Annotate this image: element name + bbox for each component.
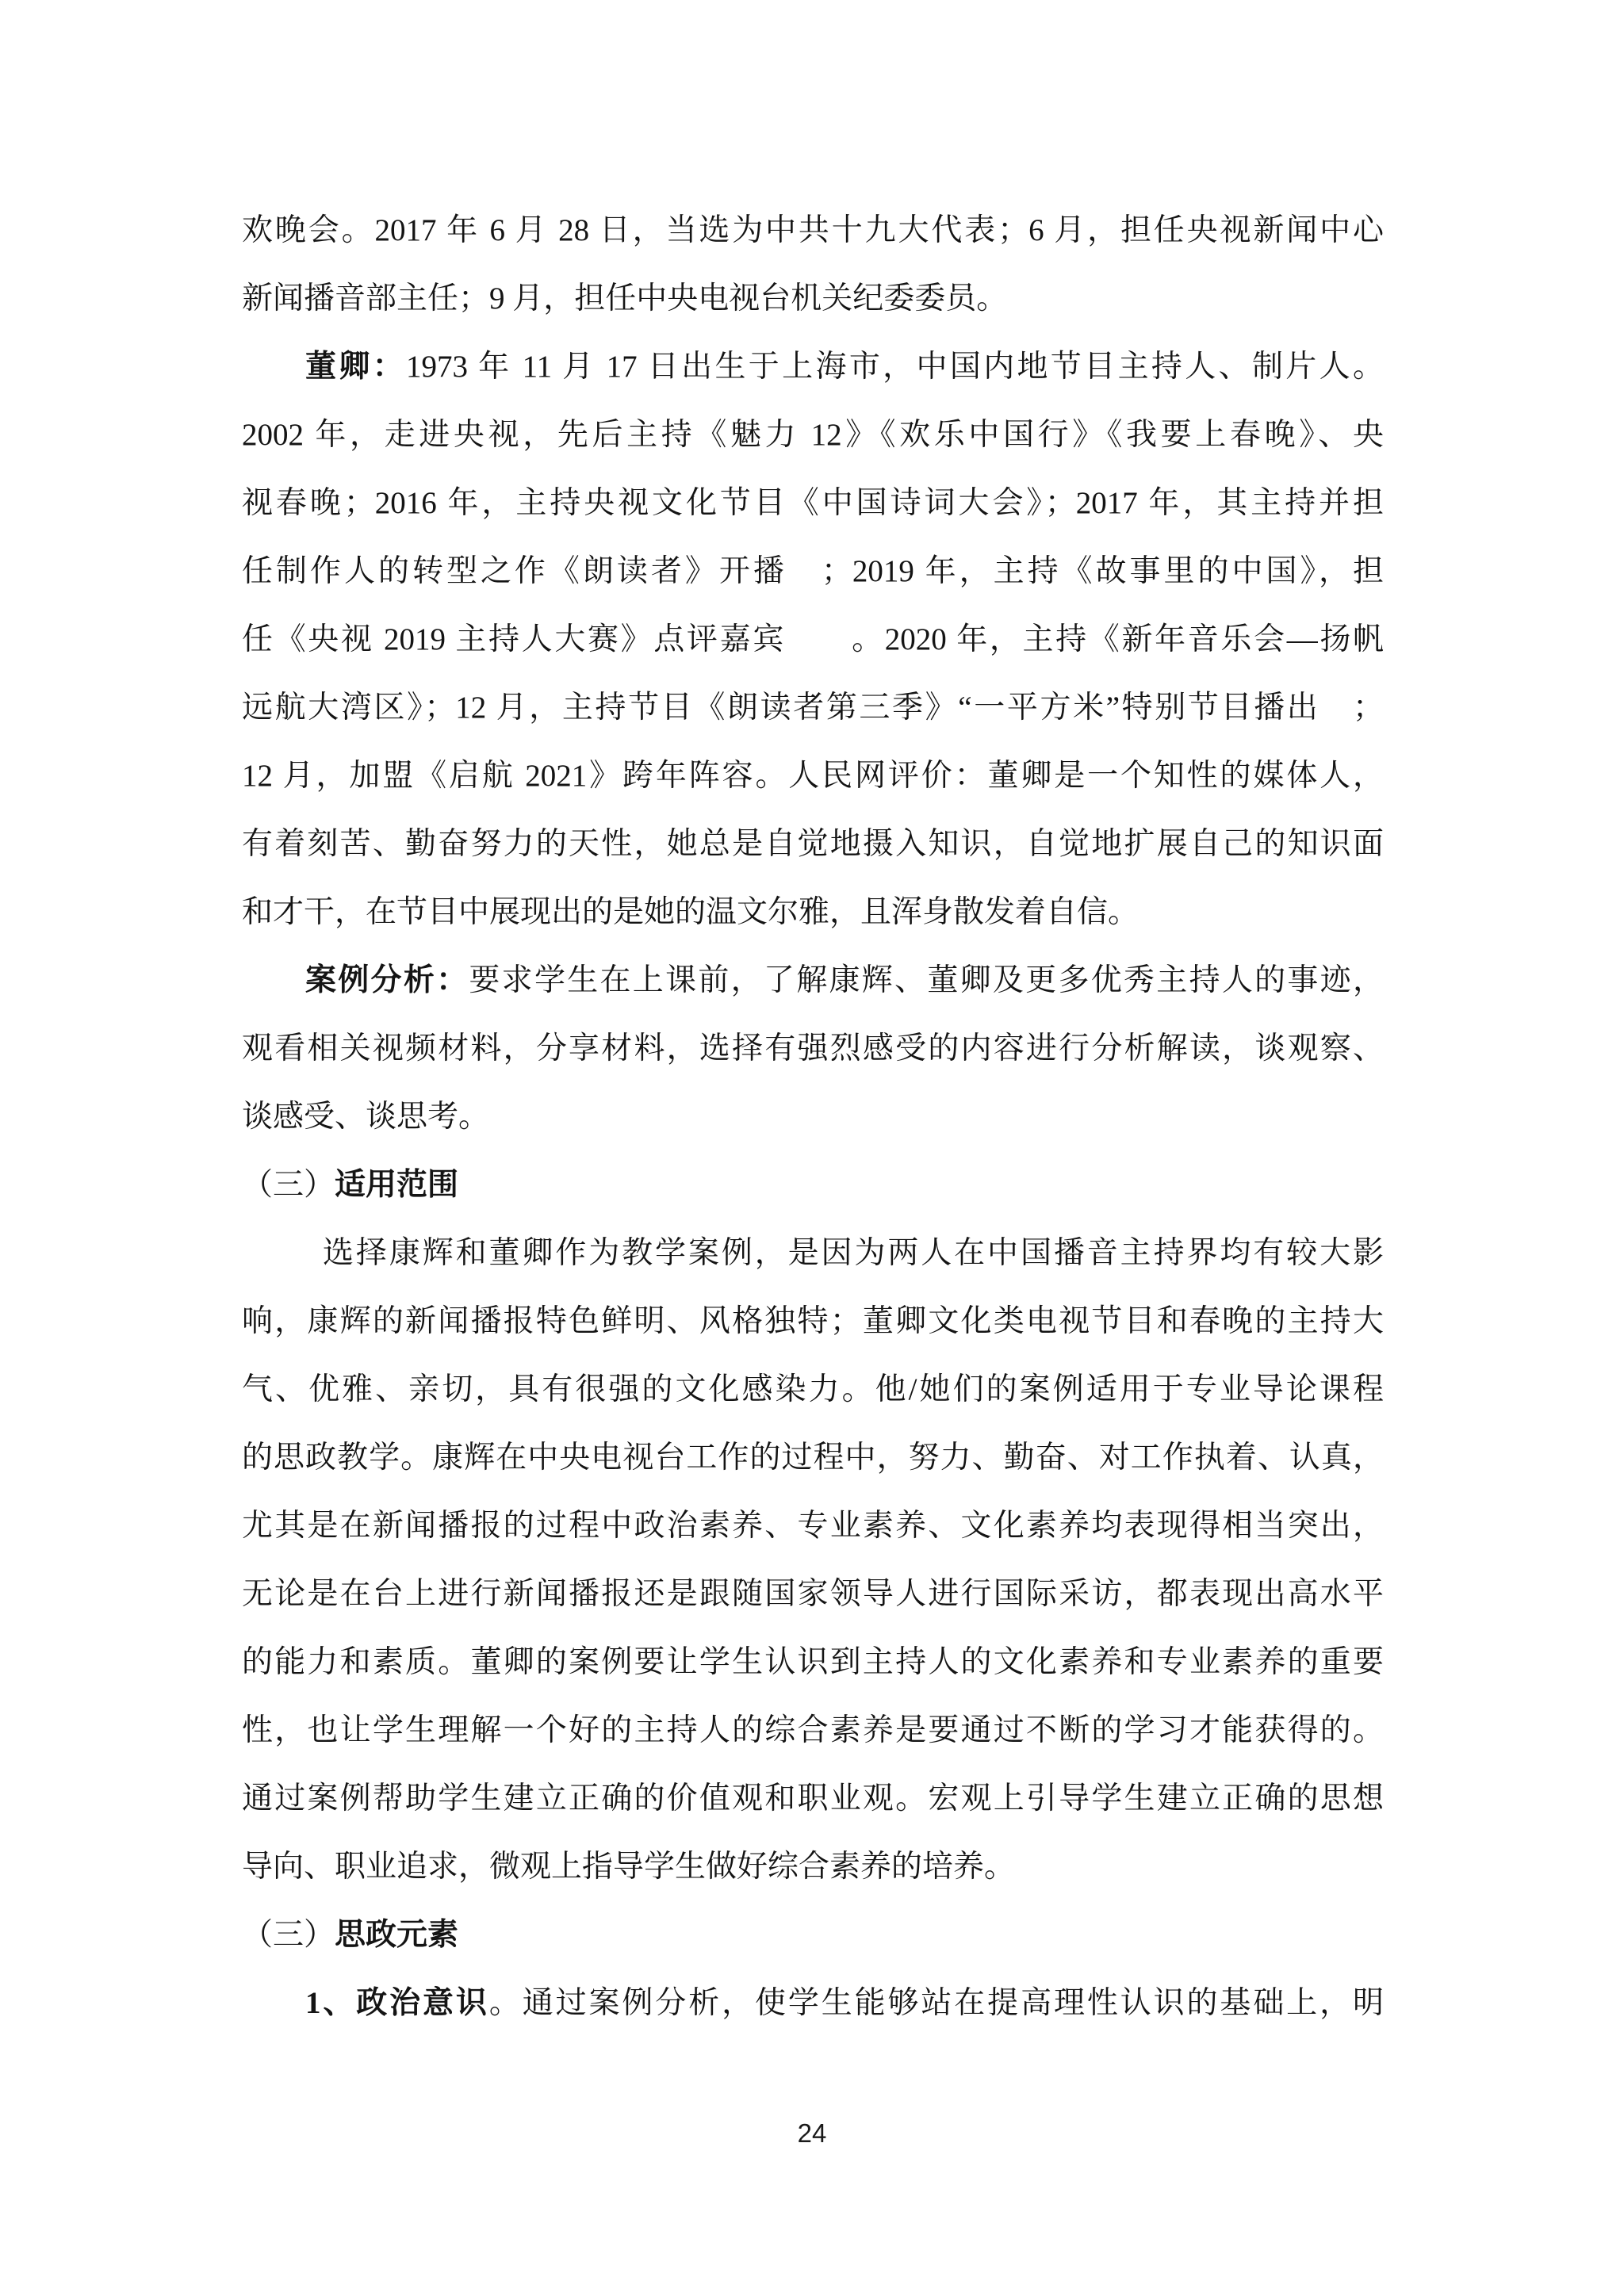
paragraph-dongqing-bio: 董卿：1973 年 11 月 17 日出生于上海市，中国内地节目主持人、制片人。…	[242, 333, 1384, 947]
text-line: 无论是在台上进行新闻播报还是跟随国家领导人进行国际采访，都表现出高水平	[242, 1560, 1384, 1628]
text-line: 气、优雅、亲切，具有很强的文化感染力。他/她们的案例适用于专业导论课程	[242, 1356, 1384, 1424]
text-line: 新闻播音部主任；9 月，担任中央电视台机关纪委委员。	[242, 265, 1384, 333]
text-line: 任《央视 2019 主持人大赛》点评嘉宾 。2020 年，主持《新年音乐会—扬帆	[242, 606, 1384, 674]
text-line: 性，也让学生理解一个好的主持人的综合素养是要通过不断的学习才能获得的。	[242, 1697, 1384, 1765]
political-awareness-label: 政治意识	[356, 1986, 489, 2020]
text-line: 通过案例帮助学生建立正确的价值观和职业观。宏观上引导学生建立正确的思想	[242, 1765, 1384, 1833]
document-body: 欢晚会。2017 年 6 月 28 日，当选为中共十九大代表；6 月，担任央视新…	[242, 197, 1384, 2038]
text-line: 案例分析：要求学生在上课前，了解康辉、董卿及更多优秀主持人的事迹，	[242, 947, 1384, 1015]
text-line: 选择康辉和董卿作为教学案例，是因为两人在中国播音主持界均有较大影	[242, 1219, 1384, 1288]
text-line: 响，康辉的新闻播报特色鲜明、风格独特；董卿文化类电视节目和春晚的主持大	[242, 1288, 1384, 1356]
paragraph-kanghui-continued: 欢晚会。2017 年 6 月 28 日，当选为中共十九大代表；6 月，担任央视新…	[242, 197, 1384, 333]
text-line: 的能力和素质。董卿的案例要让学生认识到主持人的文化素养和专业素养的重要	[242, 1628, 1384, 1697]
heading-ideological-elements: （三）思政元素	[242, 1901, 1384, 1969]
text-line: 尤其是在新闻播报的过程中政治素养、专业素养、文化素养均表现得相当突出，	[242, 1492, 1384, 1560]
paragraph-political-awareness: 1、政治意识。通过案例分析，使学生能够站在提高理性认识的基础上，明	[242, 1969, 1384, 2038]
page-number: 24	[0, 2118, 1624, 2149]
dongqing-label: 董卿：	[305, 350, 406, 384]
text-line: 有着刻苦、勤奋努力的天性，她总是自觉地摄入知识，自觉地扩展自己的知识面	[242, 810, 1384, 878]
heading-scope-prefix: （三）	[242, 1168, 335, 1202]
paragraph-case-analysis: 案例分析：要求学生在上课前，了解康辉、董卿及更多优秀主持人的事迹， 观看相关视频…	[242, 947, 1384, 1151]
heading-ideology-title: 思政元素	[335, 1918, 458, 1952]
text-line: 谈感受、谈思考。	[242, 1083, 1384, 1151]
text-line: 12 月，加盟《启航 2021》跨年阵容。人民网评价：董卿是一个知性的媒体人，	[242, 742, 1384, 810]
text-line: 导向、职业追求，微观上指导学生做好综合素养的培养。	[242, 1833, 1384, 1901]
heading-scope-title: 适用范围	[335, 1168, 458, 1202]
text-line: 和才干，在节目中展现出的是她的温文尔雅，且浑身散发着自信。	[242, 878, 1384, 947]
text-line: 2002 年，走进央视，先后主持《魅力 12》《欢乐中国行》《我要上春晚》、央	[242, 401, 1384, 469]
text-line: 远航大湾区》；12 月，主持节目《朗读者第三季》“一平方米”特别节目播出 ；	[242, 674, 1384, 742]
case-analysis-label: 案例分析：	[305, 963, 469, 997]
text-line: 董卿：1973 年 11 月 17 日出生于上海市，中国内地节目主持人、制片人。	[242, 333, 1384, 401]
text-line: 1、政治意识。通过案例分析，使学生能够站在提高理性认识的基础上，明	[242, 1969, 1384, 2038]
text-run: 。通过案例分析，使学生能够站在提高理性认识的基础上，明	[489, 1986, 1384, 2020]
text-line: 视春晚；2016 年，主持央视文化节目《中国诗词大会》；2017 年，其主持并担	[242, 469, 1384, 538]
document-page: 欢晚会。2017 年 6 月 28 日，当选为中共十九大代表；6 月，担任央视新…	[0, 0, 1624, 2296]
text-line: 的思政教学。康辉在中央电视台工作的过程中，努力、勤奋、对工作执着、认真，	[242, 1424, 1384, 1492]
text-run: 1973 年 11 月 17 日出生于上海市，中国内地节目主持人、制片人。	[406, 350, 1384, 384]
heading-ideology-prefix: （三）	[242, 1918, 335, 1952]
political-awareness-number: 1、	[305, 1986, 356, 2020]
text-run: 要求学生在上课前，了解康辉、董卿及更多优秀主持人的事迹，	[469, 963, 1384, 997]
text-line: 观看相关视频材料，分享材料，选择有强烈感受的内容进行分析解读，谈观察、	[242, 1015, 1384, 1083]
text-line: 欢晚会。2017 年 6 月 28 日，当选为中共十九大代表；6 月，担任央视新…	[242, 197, 1384, 265]
paragraph-scope-analysis: 选择康辉和董卿作为教学案例，是因为两人在中国播音主持界均有较大影 响，康辉的新闻…	[242, 1219, 1384, 1901]
heading-scope: （三）适用范围	[242, 1151, 1384, 1219]
text-line: 任制作人的转型之作《朗读者》开播 ；2019 年，主持《故事里的中国》，担	[242, 538, 1384, 606]
